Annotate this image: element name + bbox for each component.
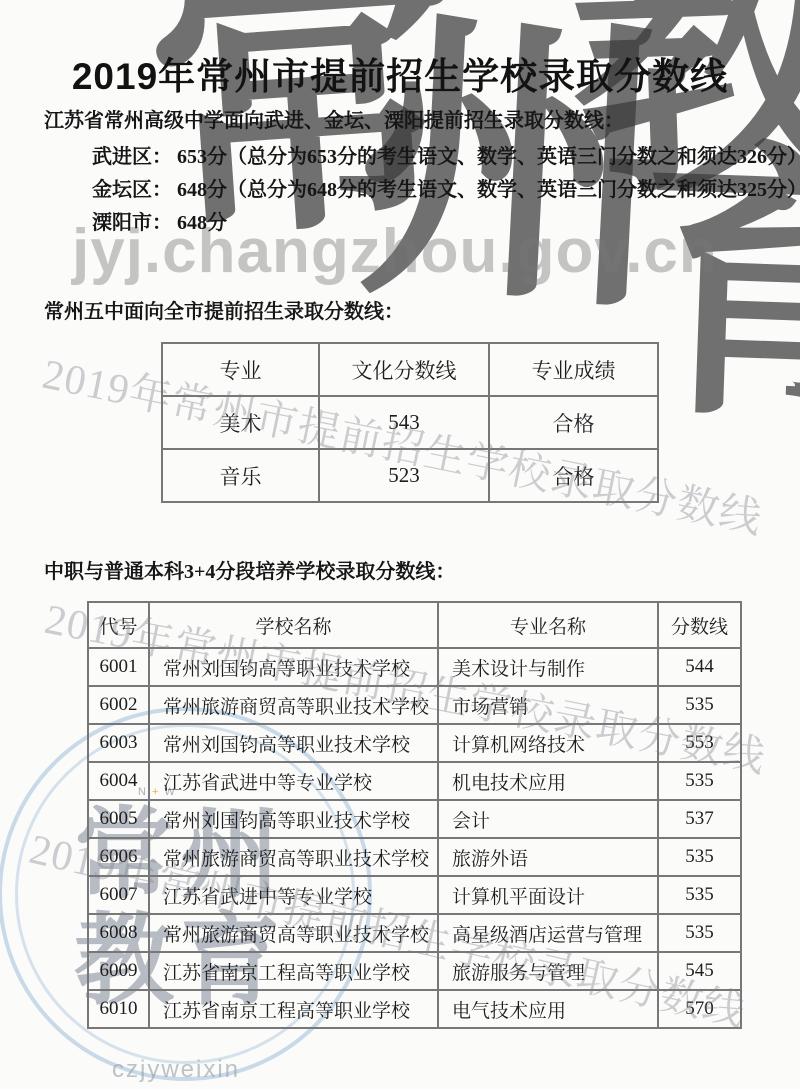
- table-row: 6009 江苏省南京工程高等职业学校 旅游服务与管理 545: [88, 952, 741, 990]
- score-cell: 544: [658, 648, 741, 686]
- code-cell: 6009: [88, 952, 149, 990]
- major-name-cell: 电气技术应用: [438, 990, 658, 1028]
- major-name-cell: 机电技术应用: [438, 762, 658, 800]
- table-header-row: 专业文化分数线专业成绩: [162, 343, 658, 396]
- column-header: 学校名称: [149, 602, 438, 648]
- major-name-cell: 计算机网络技术: [438, 724, 658, 762]
- table-row: 音乐 523 合格: [162, 449, 658, 502]
- school-name-cell: 江苏省武进中等专业学校: [149, 762, 438, 800]
- score-cell: 537: [658, 800, 741, 838]
- code-cell: 6005: [88, 800, 149, 838]
- major-name-cell: 旅游服务与管理: [438, 952, 658, 990]
- column-header: 文化分数线: [319, 343, 489, 396]
- code-cell: 6007: [88, 876, 149, 914]
- district-score-line: 金坛区： 648分（总分为648分的考生语文、数学、英语三门分数之和须达325分…: [92, 174, 800, 207]
- school-name-cell: 江苏省南京工程高等职业学校: [149, 952, 438, 990]
- score-cell: 535: [658, 762, 741, 800]
- culture-score-cell: 543: [319, 396, 489, 449]
- section-heading-gaozhong: 江苏省常州高级中学面向武进、金坛、溧阳提前招生录取分数线：: [44, 104, 624, 133]
- table-row: 6004 江苏省武进中等专业学校 机电技术应用 535: [88, 762, 741, 800]
- code-cell: 6001: [88, 648, 149, 686]
- code-cell: 6004: [88, 762, 149, 800]
- code-cell: 6002: [88, 686, 149, 724]
- wuzhong-score-table: 专业文化分数线专业成绩 美术 543 合格 音乐 523 合格: [161, 342, 659, 503]
- major-name-cell: 市场营销: [438, 686, 658, 724]
- column-header: 专业: [162, 343, 319, 396]
- section-heading-wuzhong: 常州五中面向全市提前招生录取分数线：: [44, 295, 404, 324]
- school-name-cell: 常州旅游商贸高等职业技术学校: [149, 914, 438, 952]
- column-header: 专业名称: [438, 602, 658, 648]
- column-header: 代号: [88, 602, 149, 648]
- page-title: 2019年常州市提前招生学校录取分数线: [0, 46, 800, 100]
- school-name-cell: 常州刘国钧高等职业技术学校: [149, 800, 438, 838]
- table-row: 6006 常州旅游商贸高等职业技术学校 旅游外语 535: [88, 838, 741, 876]
- score-cell: 535: [658, 914, 741, 952]
- table-row: 6003 常州刘国钧高等职业技术学校 计算机网络技术 553: [88, 724, 741, 762]
- table-row: 6010 江苏省南京工程高等职业学校 电气技术应用 570: [88, 990, 741, 1028]
- major-cell: 音乐: [162, 449, 319, 502]
- three-plus-four-score-table: 代号学校名称专业名称分数线 6001 常州刘国钧高等职业技术学校 美术设计与制作…: [87, 601, 742, 1029]
- major-name-cell: 旅游外语: [438, 838, 658, 876]
- table-row: 6007 江苏省武进中等专业学校 计算机平面设计 535: [88, 876, 741, 914]
- score-cell: 545: [658, 952, 741, 990]
- column-header: 专业成绩: [489, 343, 658, 396]
- school-name-cell: 常州旅游商贸高等职业技术学校: [149, 838, 438, 876]
- code-cell: 6008: [88, 914, 149, 952]
- score-cell: 535: [658, 838, 741, 876]
- code-cell: 6006: [88, 838, 149, 876]
- table-header-row: 代号学校名称专业名称分数线: [88, 602, 741, 648]
- table-row: 6005 常州刘国钧高等职业技术学校 会计 537: [88, 800, 741, 838]
- major-name-cell: 计算机平面设计: [438, 876, 658, 914]
- score-cell: 535: [658, 686, 741, 724]
- major-result-cell: 合格: [489, 449, 658, 502]
- district-score-lines: 武进区： 653分（总分为653分的考生语文、数学、英语三门分数之和须达326分…: [92, 141, 800, 240]
- district-score-line: 溧阳市： 648分: [92, 207, 800, 240]
- major-name-cell: 会计: [438, 800, 658, 838]
- school-name-cell: 常州旅游商贸高等职业技术学校: [149, 686, 438, 724]
- score-cell: 535: [658, 876, 741, 914]
- district-score-line: 武进区： 653分（总分为653分的考生语文、数学、英语三门分数之和须达326分…: [92, 141, 800, 174]
- table-row: 6008 常州旅游商贸高等职业技术学校 高星级酒店运营与管理 535: [88, 914, 741, 952]
- school-name-cell: 常州刘国钧高等职业技术学校: [149, 724, 438, 762]
- table-row: 6001 常州刘国钧高等职业技术学校 美术设计与制作 544: [88, 648, 741, 686]
- score-cell: 553: [658, 724, 741, 762]
- school-name-cell: 江苏省武进中等专业学校: [149, 876, 438, 914]
- major-result-cell: 合格: [489, 396, 658, 449]
- code-cell: 6010: [88, 990, 149, 1028]
- culture-score-cell: 523: [319, 449, 489, 502]
- score-cell: 570: [658, 990, 741, 1028]
- major-cell: 美术: [162, 396, 319, 449]
- table-row: 美术 543 合格: [162, 396, 658, 449]
- document-page: 常 州 教 育 jyj.changzhou.gov.cn 常州 教育 N+W c…: [0, 0, 800, 1089]
- wechat-id-watermark: czjyweixin: [112, 1056, 240, 1084]
- table-row: 6002 常州旅游商贸高等职业技术学校 市场营销 535: [88, 686, 741, 724]
- school-name-cell: 江苏省南京工程高等职业学校: [149, 990, 438, 1028]
- major-name-cell: 美术设计与制作: [438, 648, 658, 686]
- major-name-cell: 高星级酒店运营与管理: [438, 914, 658, 952]
- school-name-cell: 常州刘国钧高等职业技术学校: [149, 648, 438, 686]
- code-cell: 6003: [88, 724, 149, 762]
- column-header: 分数线: [658, 602, 741, 648]
- section-heading-3plus4: 中职与普通本科3+4分段培养学校录取分数线：: [44, 555, 455, 584]
